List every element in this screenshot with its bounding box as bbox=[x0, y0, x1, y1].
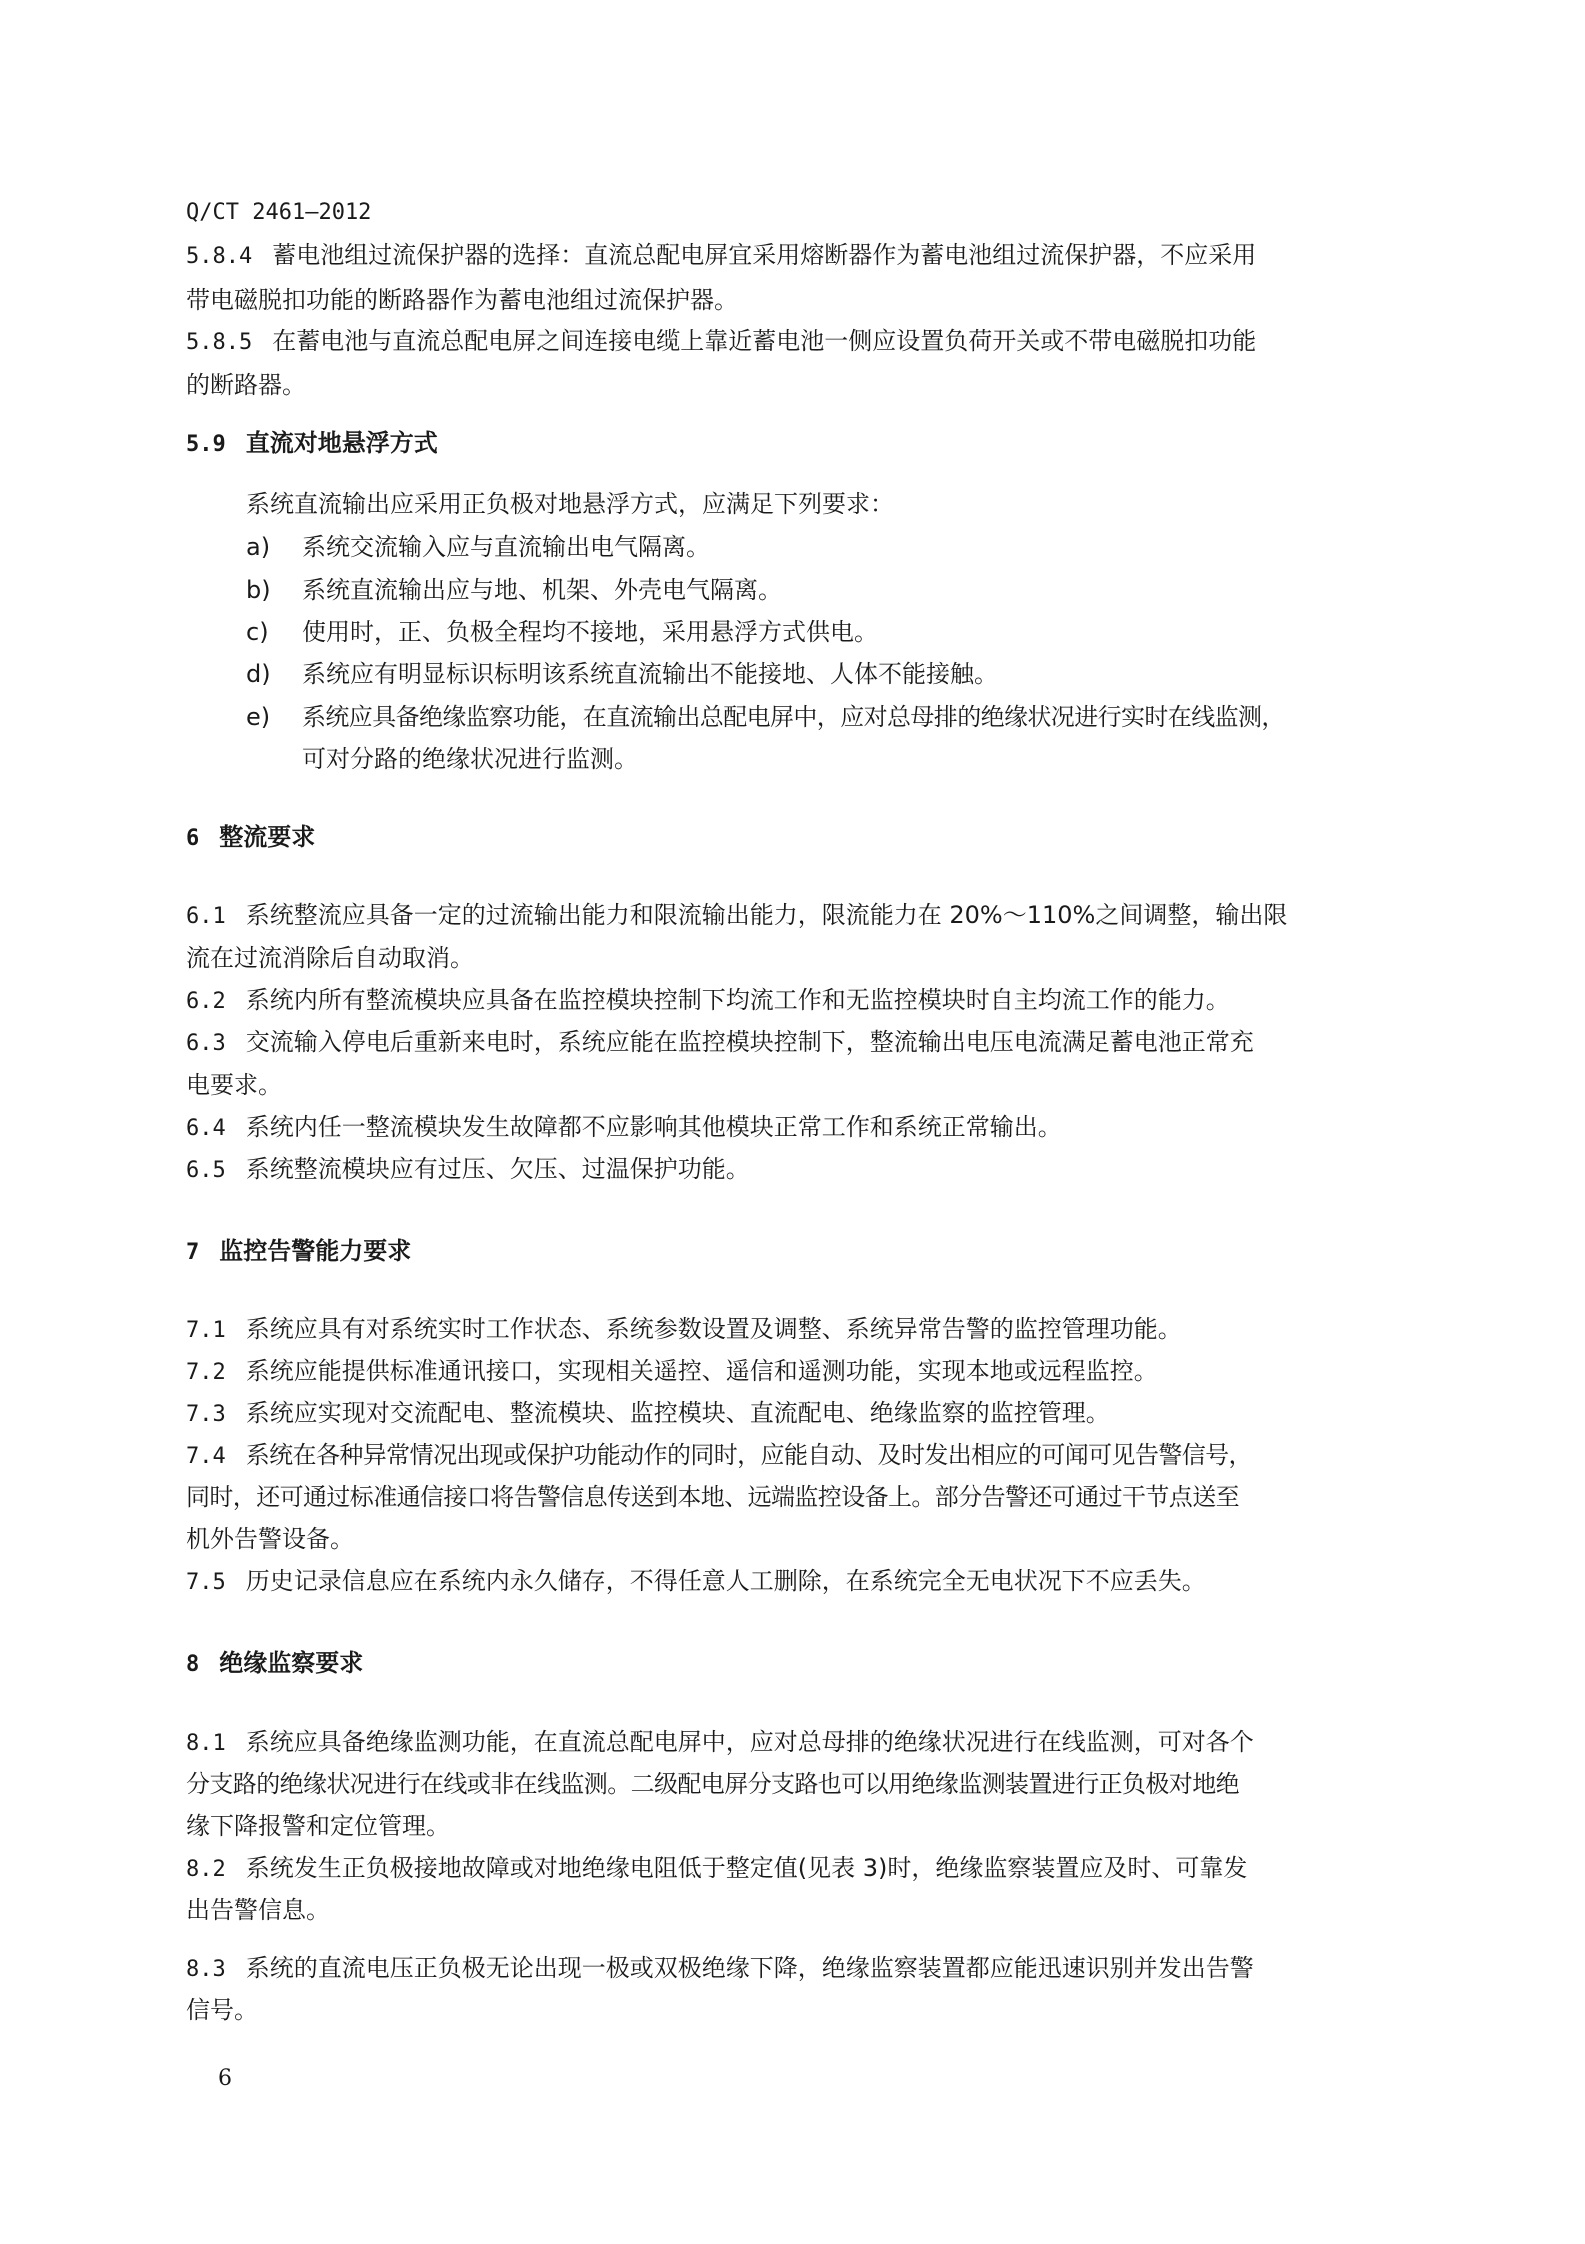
list-text: 使用时，正、负极全程均不接地，采用悬浮方式供电。 bbox=[302, 618, 878, 646]
clause-6-1-line-2: 流在过流消除后自动取消。 bbox=[186, 943, 474, 973]
clause-7-3: 7.3系统应实现对交流配电、整流模块、监控模块、直流配电、绝缘监察的监控管理。 bbox=[186, 1398, 1110, 1430]
clause-text: 系统应具有对系统实时工作状态、系统参数设置及调整、系统异常告警的监控管理功能。 bbox=[246, 1315, 1182, 1343]
list-item-e-continuation: 可对分路的绝缘状况进行监测。 bbox=[302, 744, 638, 774]
clause-5-8-4-line-1: 5.8.4蓄电池组过流保护器的选择：直流总配电屏宜采用熔断器作为蓄电池组过流保护… bbox=[186, 240, 1256, 272]
clause-7-1: 7.1系统应具有对系统实时工作状态、系统参数设置及调整、系统异常告警的监控管理功… bbox=[186, 1314, 1182, 1346]
list-label: a) bbox=[246, 532, 302, 562]
list-text: 系统应具备绝缘监察功能，在直流输出总配电屏中，应对总母排的绝缘状况进行实时在线监… bbox=[302, 703, 1285, 731]
clause-text: 系统整流模块应有过压、欠压、过温保护功能。 bbox=[246, 1155, 750, 1183]
clause-7-5: 7.5历史记录信息应在系统内永久储存，不得任意人工删除，在系统完全无电状况下不应… bbox=[186, 1566, 1206, 1598]
list-item-d: d)系统应有明显标识标明该系统直流输出不能接地、人体不能接触。 bbox=[246, 659, 998, 689]
clause-8-3-line-1: 8.3系统的直流电压正负极无论出现一极或双极绝缘下降，绝缘监察装置都应能迅速识别… bbox=[186, 1953, 1254, 1985]
clause-number: 6.1 bbox=[186, 902, 226, 932]
clause-7-2: 7.2系统应能提供标准通讯接口，实现相关遥控、遥信和遥测功能，实现本地或远程监控… bbox=[186, 1356, 1158, 1388]
list-item-c: c)使用时，正、负极全程均不接地，采用悬浮方式供电。 bbox=[246, 617, 878, 647]
clause-6-3-line-1: 6.3交流输入停电后重新来电时，系统应能在监控模块控制下，整流输出电压电流满足蓄… bbox=[186, 1027, 1254, 1059]
clause-number: 5.8.5 bbox=[186, 328, 252, 358]
section-number: 5.9 bbox=[186, 430, 226, 460]
section-title: 监控告警能力要求 bbox=[219, 1237, 411, 1265]
section-heading-7: 7监控告警能力要求 bbox=[186, 1236, 411, 1268]
list-text: 系统直流输出应与地、机架、外壳电气隔离。 bbox=[302, 576, 782, 604]
clause-text: 在蓄电池与直流总配电屏之间连接电缆上靠近蓄电池一侧应设置负荷开关或不带电磁脱扣功… bbox=[272, 327, 1256, 355]
section-heading-6: 6整流要求 bbox=[186, 822, 315, 854]
list-label: c) bbox=[246, 617, 302, 647]
clause-6-2: 6.2系统内所有整流模块应具备在监控模块控制下均流工作和无监控模块时自主均流工作… bbox=[186, 985, 1230, 1017]
clause-number: 8.2 bbox=[186, 1855, 226, 1885]
section-number: 7 bbox=[186, 1238, 199, 1268]
clause-6-3-line-2: 电要求。 bbox=[186, 1070, 282, 1100]
clause-8-1-line-2: 分支路的绝缘状况进行在线或非在线监测。二级配电屏分支路也可以用绝缘监测装置进行正… bbox=[186, 1769, 1239, 1799]
clause-5-8-5-line-1: 5.8.5在蓄电池与直流总配电屏之间连接电缆上靠近蓄电池一侧应设置负荷开关或不带… bbox=[186, 326, 1256, 358]
list-label: e) bbox=[246, 702, 302, 732]
document-id: Q/CT 2461—2012 bbox=[186, 198, 371, 228]
clause-number: 6.4 bbox=[186, 1114, 226, 1144]
section-heading-5-9: 5.9直流对地悬浮方式 bbox=[186, 428, 438, 460]
clause-text: 蓄电池组过流保护器的选择：直流总配电屏宜采用熔断器作为蓄电池组过流保护器，不应采… bbox=[272, 241, 1256, 269]
clause-text: 系统整流应具备一定的过流输出能力和限流输出能力，限流能力在 20%～110%之间… bbox=[246, 901, 1288, 929]
clause-text: 交流输入停电后重新来电时，系统应能在监控模块控制下，整流输出电压电流满足蓄电池正… bbox=[246, 1028, 1254, 1056]
section-title: 整流要求 bbox=[219, 823, 315, 851]
clause-number: 7.3 bbox=[186, 1400, 226, 1430]
section-number: 8 bbox=[186, 1650, 199, 1680]
clause-number: 8.3 bbox=[186, 1955, 226, 1985]
clause-7-4-line-3: 机外告警设备。 bbox=[186, 1524, 354, 1554]
section-title: 直流对地悬浮方式 bbox=[246, 429, 438, 457]
clause-text: 系统应实现对交流配电、整流模块、监控模块、直流配电、绝缘监察的监控管理。 bbox=[246, 1399, 1110, 1427]
page-number: 6 bbox=[218, 2066, 232, 2091]
clause-5-8-5-line-2: 的断路器。 bbox=[186, 370, 306, 400]
list-label: d) bbox=[246, 659, 302, 689]
clause-number: 7.1 bbox=[186, 1316, 226, 1346]
clause-8-1-line-1: 8.1系统应具备绝缘监测功能，在直流总配电屏中，应对总母排的绝缘状况进行在线监测… bbox=[186, 1727, 1254, 1759]
clause-8-2-line-1: 8.2系统发生正负极接地故障或对地绝缘电阻低于整定值(见表 3)时，绝缘监察装置… bbox=[186, 1853, 1247, 1885]
clause-number: 6.2 bbox=[186, 987, 226, 1017]
clause-text: 系统的直流电压正负极无论出现一极或双极绝缘下降，绝缘监察装置都应能迅速识别并发出… bbox=[246, 1954, 1254, 1982]
clause-8-1-line-3: 缘下降报警和定位管理。 bbox=[186, 1811, 450, 1841]
clause-number: 7.5 bbox=[186, 1568, 226, 1598]
list-item-e: e)系统应具备绝缘监察功能，在直流输出总配电屏中，应对总母排的绝缘状况进行实时在… bbox=[246, 702, 1285, 732]
clause-number: 7.2 bbox=[186, 1358, 226, 1388]
clause-number: 6.5 bbox=[186, 1156, 226, 1186]
list-label: b) bbox=[246, 575, 302, 605]
section-heading-8: 8绝缘监察要求 bbox=[186, 1648, 363, 1680]
clause-7-4-line-1: 7.4系统在各种异常情况出现或保护功能动作的同时，应能自动、及时发出相应的可闻可… bbox=[186, 1440, 1252, 1472]
clause-7-4-line-2: 同时，还可通过标准通信接口将告警信息传送到本地、远端监控设备上。部分告警还可通过… bbox=[186, 1482, 1239, 1512]
section-number: 6 bbox=[186, 824, 199, 854]
clause-text: 系统内所有整流模块应具备在监控模块控制下均流工作和无监控模块时自主均流工作的能力… bbox=[246, 986, 1230, 1014]
clause-text: 历史记录信息应在系统内永久储存，不得任意人工删除，在系统完全无电状况下不应丢失。 bbox=[246, 1567, 1206, 1595]
clause-text: 系统应具备绝缘监测功能，在直流总配电屏中，应对总母排的绝缘状况进行在线监测，可对… bbox=[246, 1728, 1254, 1756]
clause-number: 8.1 bbox=[186, 1729, 226, 1759]
list-item-a: a)系统交流输入应与直流输出电气隔离。 bbox=[246, 532, 710, 562]
clause-6-5: 6.5系统整流模块应有过压、欠压、过温保护功能。 bbox=[186, 1154, 750, 1186]
list-text: 系统应有明显标识标明该系统直流输出不能接地、人体不能接触。 bbox=[302, 660, 998, 688]
clause-text: 系统应能提供标准通讯接口，实现相关遥控、遥信和遥测功能，实现本地或远程监控。 bbox=[246, 1357, 1158, 1385]
clause-text: 系统发生正负极接地故障或对地绝缘电阻低于整定值(见表 3)时，绝缘监察装置应及时… bbox=[246, 1854, 1248, 1882]
clause-number: 6.3 bbox=[186, 1029, 226, 1059]
section-5-9-intro: 系统直流输出应采用正负极对地悬浮方式，应满足下列要求： bbox=[246, 489, 894, 519]
clause-5-8-4-line-2: 带电磁脱扣功能的断路器作为蓄电池组过流保护器。 bbox=[186, 285, 738, 315]
clause-number: 7.4 bbox=[186, 1442, 226, 1472]
clause-8-3-line-2: 信号。 bbox=[186, 1995, 258, 2025]
list-item-b: b)系统直流输出应与地、机架、外壳电气隔离。 bbox=[246, 575, 782, 605]
clause-text: 系统在各种异常情况出现或保护功能动作的同时，应能自动、及时发出相应的可闻可见告警… bbox=[246, 1441, 1252, 1469]
clause-number: 5.8.4 bbox=[186, 242, 252, 272]
section-title: 绝缘监察要求 bbox=[219, 1649, 363, 1677]
clause-8-2-line-2: 出告警信息。 bbox=[186, 1895, 330, 1925]
clause-6-1-line-1: 6.1系统整流应具备一定的过流输出能力和限流输出能力，限流能力在 20%～110… bbox=[186, 900, 1287, 932]
clause-6-4: 6.4系统内任一整流模块发生故障都不应影响其他模块正常工作和系统正常输出。 bbox=[186, 1112, 1062, 1144]
list-text: 系统交流输入应与直流输出电气隔离。 bbox=[302, 533, 710, 561]
clause-text: 系统内任一整流模块发生故障都不应影响其他模块正常工作和系统正常输出。 bbox=[246, 1113, 1062, 1141]
